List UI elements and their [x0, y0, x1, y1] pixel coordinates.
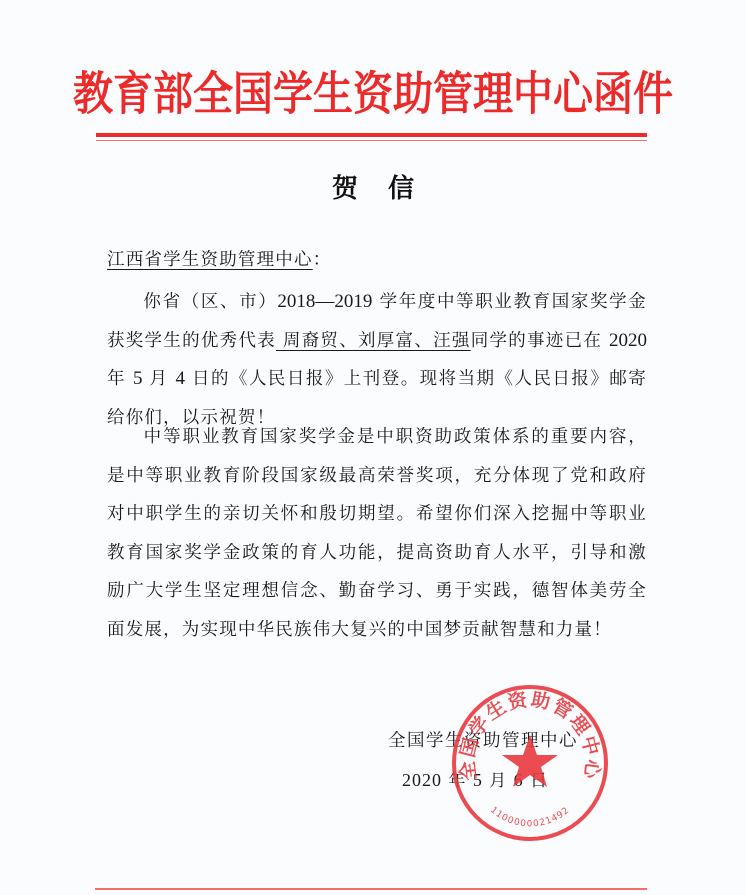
signature-org: 全国学生资助管理中心 — [388, 727, 578, 752]
addressee-colon: ： — [313, 250, 332, 270]
p1-text-e: 月 — [143, 369, 176, 389]
date-year-label: 年 — [442, 771, 473, 791]
date-month-label: 月 — [483, 771, 514, 791]
date-month: 5 — [473, 770, 483, 790]
addressee-line: 江西省学生资助管理中心： — [107, 246, 331, 271]
title-char-1: 贺 — [332, 168, 358, 205]
date-day: 6 — [514, 770, 524, 790]
addressee-name: 江西省学生资助管理中心 — [107, 250, 313, 270]
svg-text:1100000021492: 1100000021492 — [488, 805, 572, 829]
title-char-2: 信 — [388, 168, 414, 205]
letterhead-rule-thin — [96, 140, 647, 141]
p1-pub-day: 4 — [176, 368, 186, 389]
p1-years: 2018—2019 — [277, 291, 372, 312]
p1-pub-year: 2020 — [609, 330, 647, 351]
p1-student-names: 周裔贸、刘厚富、汪强 — [276, 331, 471, 351]
date-day-label: 日 — [524, 771, 548, 791]
letterhead-title: 教育部全国学生资助管理中心函件 — [0, 58, 746, 124]
letterhead-rule-thick — [96, 133, 647, 137]
paragraph-1: 你省（区、市）2018—2019 学年度中等职业教育国家奖学金获奖学生的优秀代表… — [107, 283, 647, 437]
seal-code: 1100000021492 — [488, 805, 572, 829]
date-year: 2020 — [402, 770, 442, 790]
p2-text: 中等职业教育国家奖学金是中职资助政策体系的重要内容，是中等职业教育阶段国家级最高… — [107, 427, 647, 640]
p1-text-c: 同学的事迹已在 — [471, 331, 609, 351]
signature-date: 2020 年 5 月 6 日 — [402, 766, 548, 791]
p1-pub-month: 5 — [133, 368, 143, 389]
p1-text-a: 你省（区、市） — [143, 292, 277, 312]
paragraph-2: 中等职业教育国家奖学金是中职资助政策体系的重要内容，是中等职业教育阶段国家级最高… — [107, 418, 647, 649]
official-seal-icon: 全国学生资助管理中心 1100000021492 — [450, 683, 610, 843]
document-title: 贺信 — [0, 168, 746, 205]
p1-text-d: 年 — [107, 369, 133, 389]
footer-rule — [95, 888, 647, 890]
